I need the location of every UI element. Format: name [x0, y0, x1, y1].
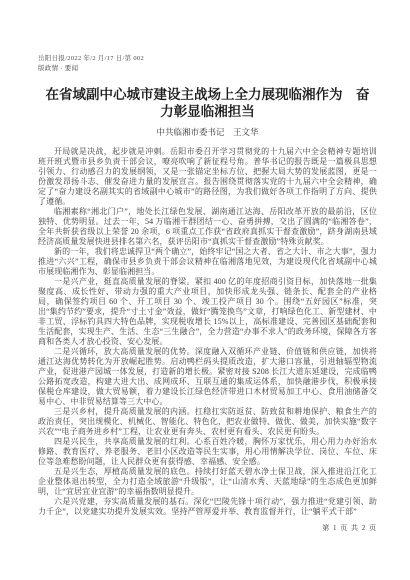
newspaper-page: 岳阳日报/2022 年/2 月/17 日/第 002 版政情 · 要闻 在省域副…: [0, 0, 410, 580]
page-number: 第 1 页 共 2 页: [38, 524, 377, 533]
paragraph: 开局就是决战，起步就是冲刺。岳阳市委召开学习贯彻党的十九届六中全会精神专题培训班…: [38, 147, 377, 207]
paragraph: 新的一年，我们将忠诚捍卫“两个确立”，始终牢记“国之大者、省之大计、市之大事”，…: [38, 247, 377, 277]
section-line: 版政情 · 要闻: [38, 64, 377, 74]
paragraph: 四是兴民生，共享高质量发展的红利。心系百姓冷暖，胸怀万家忧乐，用心用力办好治水修…: [38, 437, 377, 467]
paragraph: 六是兴党建，夯实高质量发展的基石。深化“巴陵先锋十项行动”，强力推进“党建引领、…: [38, 497, 377, 517]
article-title: 在省域副中心城市建设主战场上全力展现临湘作为 奋力彰显临湘担当: [38, 86, 377, 120]
paragraph: 二是兴循环，放大高质量发展的优势。深度融入双循环产业链、价值链和供应链，加快将通…: [38, 347, 377, 407]
article-body: 开局就是决战，起步就是冲刺。岳阳市委召开学习贯彻党的十九届六中全会精神专题培训班…: [38, 147, 377, 517]
paragraph: 临湘素称“湘北门户”，地处长江绿色发展、湖南通江达海、岳阳改革开放的最前沿，区位…: [38, 207, 377, 247]
masthead: 岳阳日报/2022 年/2 月/17 日/第 002 版政情 · 要闻: [38, 54, 377, 73]
paragraph: 五是兴生态，厚植高质量发展的底色。持续打好蓝天碧水净土保卫战，深入推进沿江化工企…: [38, 467, 377, 497]
paragraph: 一是兴产业，挺直高质量发展的脊梁。紧扣 400 亿的年度招商引资目标，加快落地一…: [38, 277, 377, 347]
masthead-line: 岳阳日报/2022 年/2 月/17 日/第 002: [38, 54, 377, 64]
byline: 中共临湘市委书记 王文华: [38, 127, 377, 138]
paragraph: 三是兴乡村，提升高质量发展的内涵。扛稳扛实防返贫、防致贫和耕地保护、粮食生产的政…: [38, 407, 377, 437]
